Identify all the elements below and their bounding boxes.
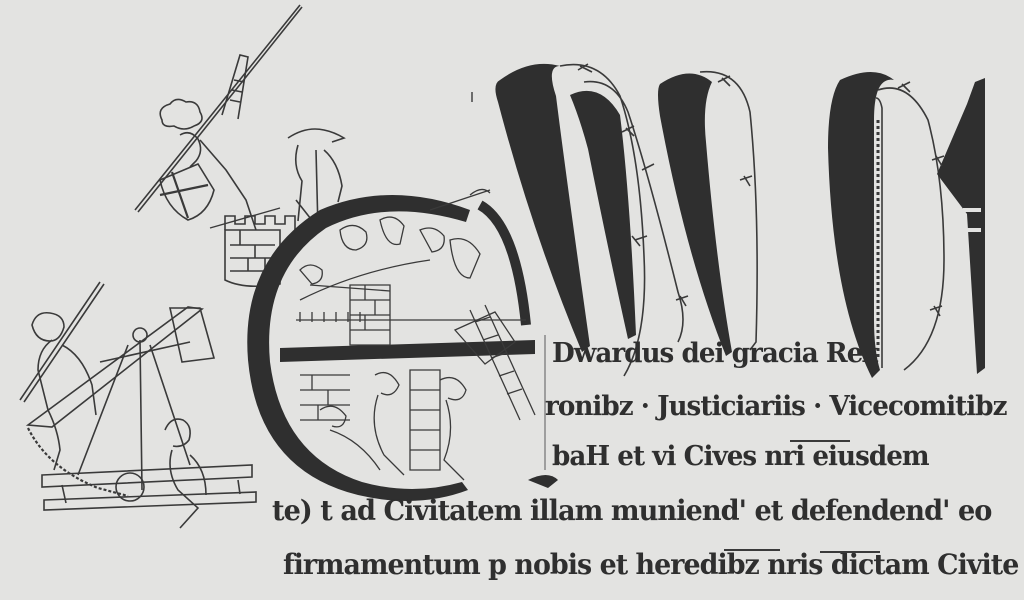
abbreviation-mark [790, 440, 850, 442]
text-line-4: te) t ad Civitatem illam muniend' et def… [272, 494, 991, 527]
text-line-3: baH et vi Cives nri eiusdem [552, 441, 929, 472]
abbreviation-mark [820, 551, 880, 553]
text-line-1: Dwardus dei gracia Rex [552, 338, 877, 369]
text-line-2: ronibz · Justiciariis · Vicecomitibz [545, 391, 1006, 422]
abbreviation-mark [724, 549, 780, 551]
knight-with-spear-illustration [135, 5, 344, 286]
initial-e-siege-illustration [247, 189, 558, 500]
text-line-5: firmamentum p nobis et heredibz nris dic… [283, 548, 1018, 581]
trebuchet-illustration [20, 282, 256, 528]
manuscript-page: Dwardus dei gracia Rex ronibz · Justicia… [0, 0, 1024, 600]
